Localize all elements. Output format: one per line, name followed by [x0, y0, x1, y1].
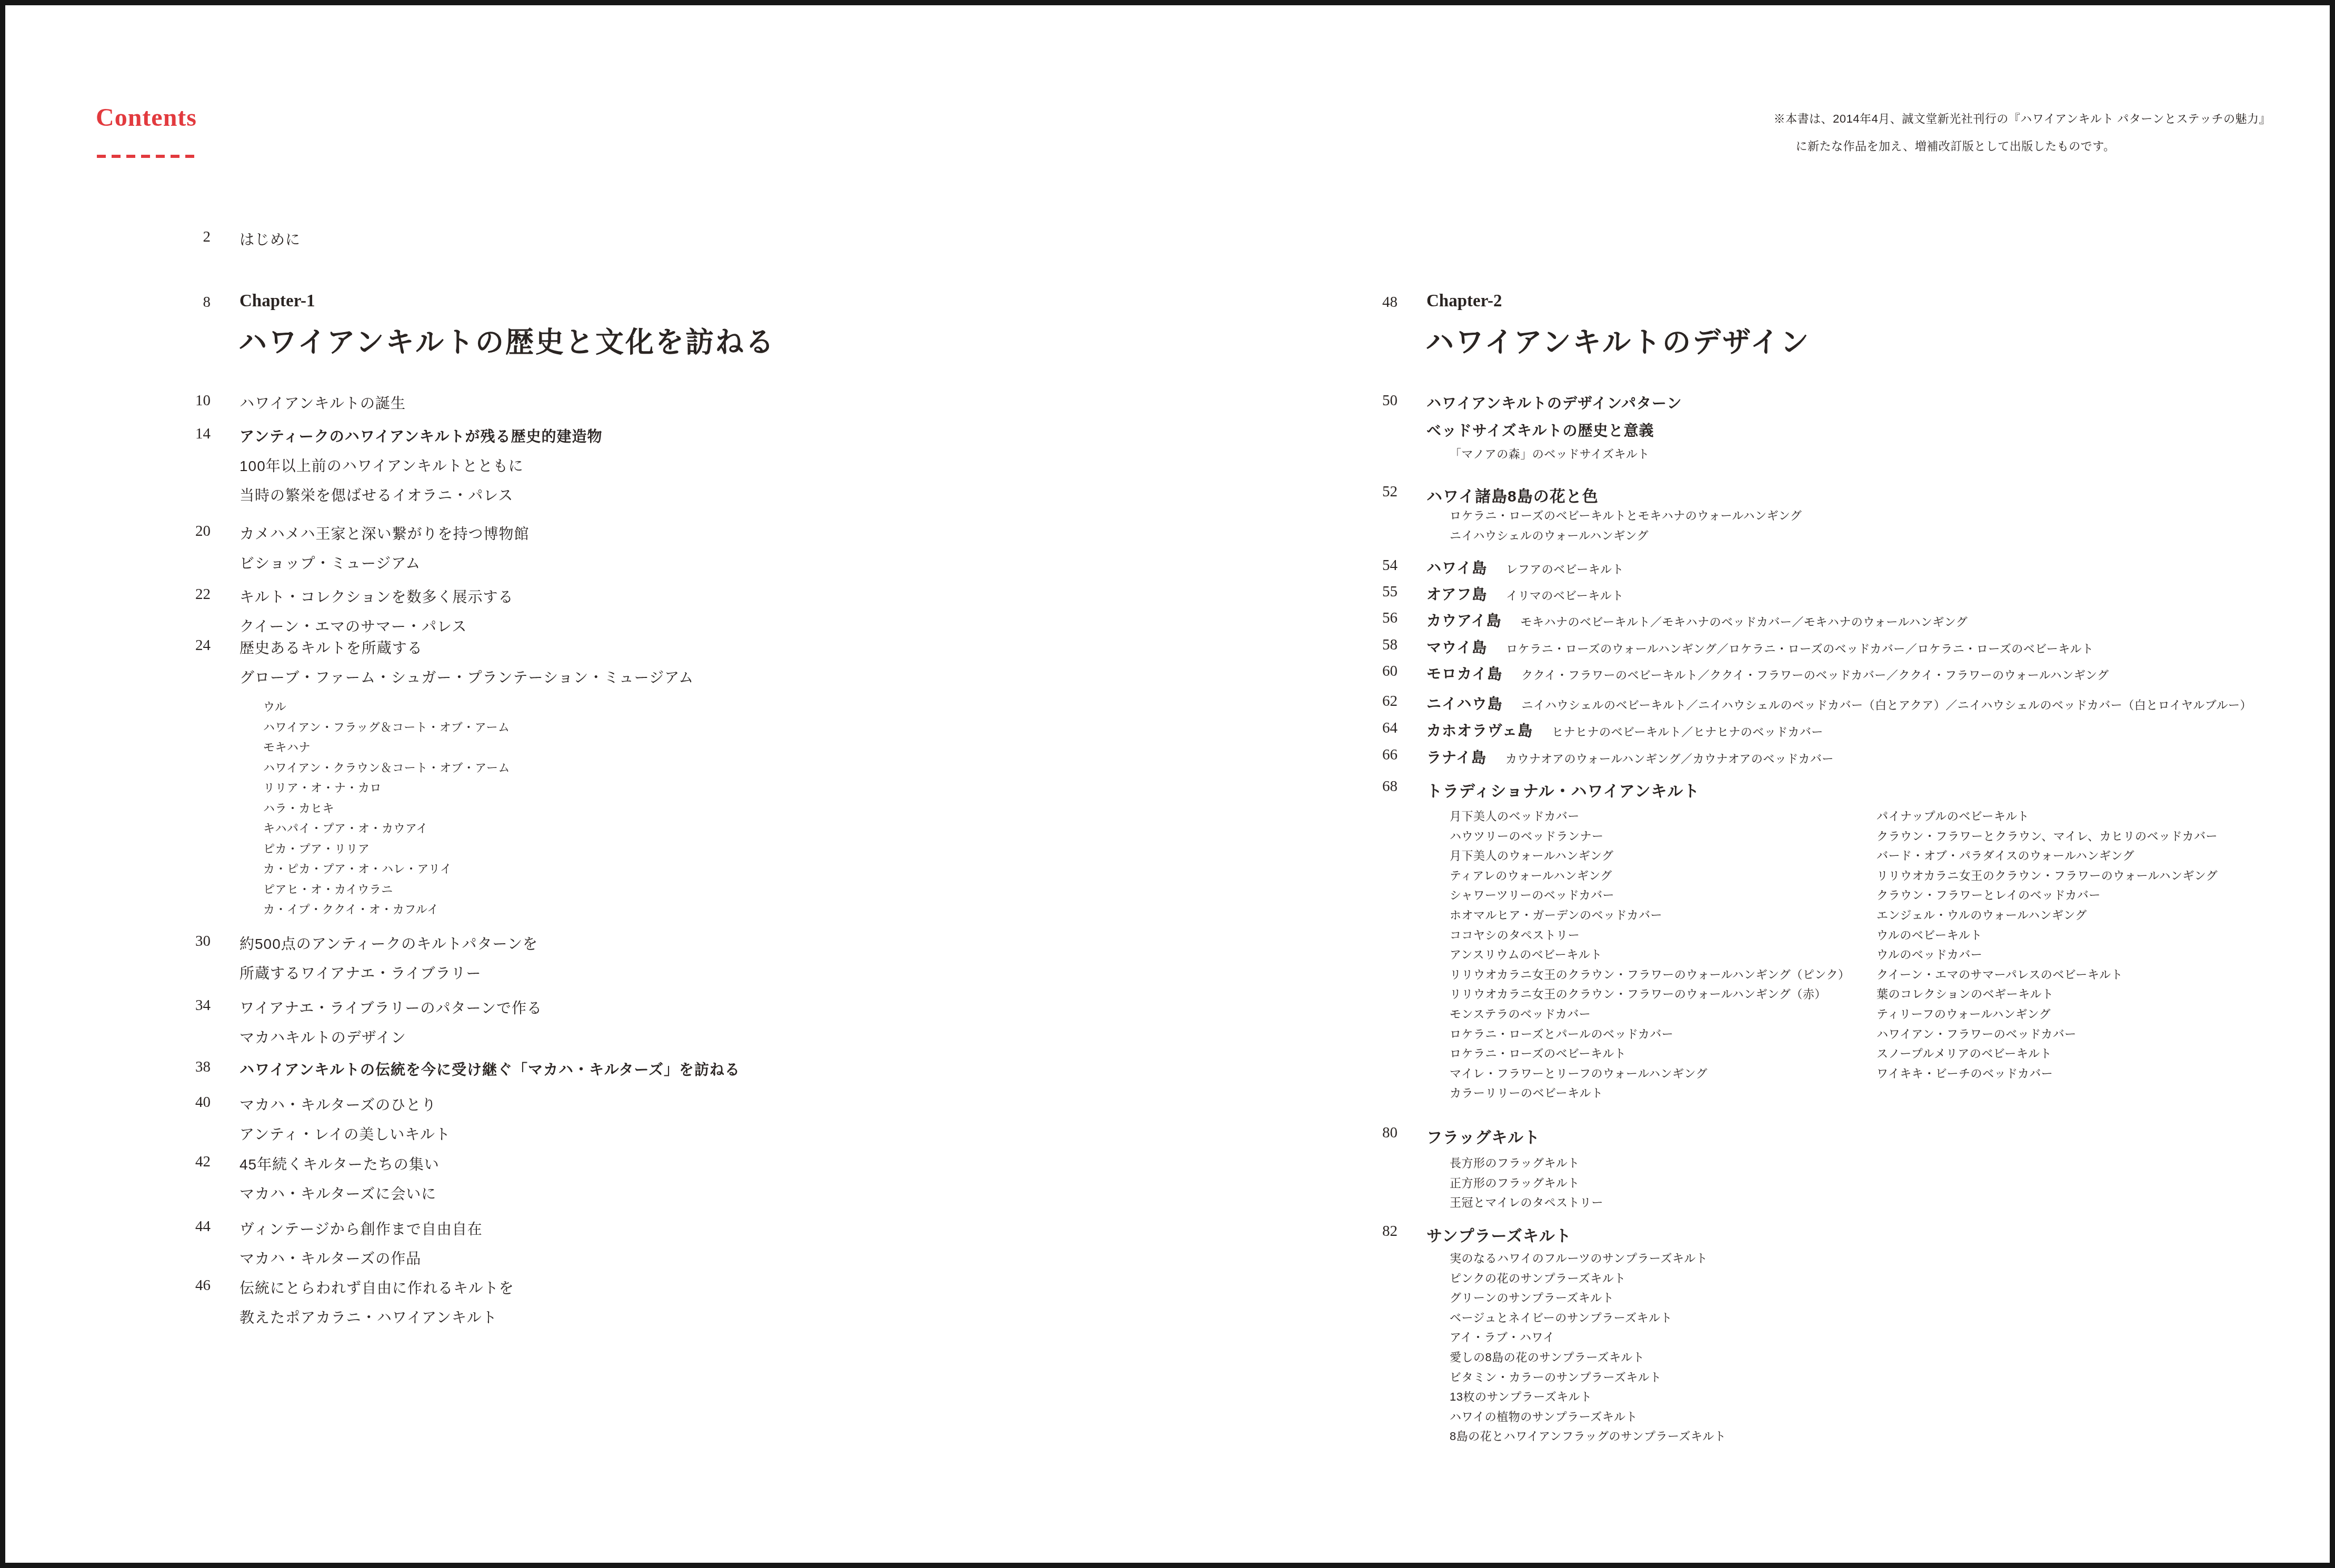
sub-item: ニイハウシェルのウォールハンギング: [1450, 527, 1649, 543]
sub-item: ピアヒ・オ・カイウラニ: [263, 881, 393, 897]
section-title: フラッグキルト: [1426, 1124, 1540, 1147]
toc-entry-line: ハワイアンキルトのデザインパターン: [1426, 392, 1682, 413]
toc-entry-line: マカハキルトのデザイン: [240, 1026, 406, 1047]
page-number: 60: [1362, 663, 1398, 680]
toc-entry-line: ハワイアンキルトの誕生: [240, 392, 406, 413]
sub-item: カ・ピカ・プア・オ・ハレ・アリイ: [263, 860, 452, 876]
sub-item: ハワイアン・フラッグ＆コート・オブ・アーム: [263, 718, 510, 735]
sub-item: 8島の花とハワイアンフラッグのサンプラーズキルト: [1450, 1427, 1726, 1444]
column-item: リリウオカラニ女王のクラウン・フラワーのウォールハンギング（赤）: [1450, 985, 1827, 1002]
page-number: 34: [175, 997, 211, 1014]
island-name: オアフ島: [1426, 586, 1487, 603]
island-name: ハワイ島: [1426, 560, 1487, 576]
island-row: カウアイ島モキハナのベビーキルト／モキハナのベッドカバー／モキハナのウォールハン…: [1426, 610, 1968, 631]
sub-item: ウル: [263, 698, 286, 714]
column-item: シャワーツリーのベッドカバー: [1450, 886, 1614, 903]
column-item: カラーリリーのベビーキルト: [1450, 1084, 1603, 1101]
island-name: ニイハウ島: [1426, 696, 1502, 712]
sub-item: アイ・ラブ・ハワイ: [1450, 1329, 1555, 1345]
column-item: ティリーフのウォールハンギング: [1877, 1005, 2051, 1022]
column-item: ウルのベビーキルト: [1877, 926, 1982, 943]
toc-entry-line: ヴィンテージから創作まで自由自在: [240, 1218, 483, 1239]
page-number: 2: [175, 228, 211, 246]
island-name: カホオラヴェ島: [1426, 723, 1533, 739]
column-item: ウルのベッドカバー: [1877, 946, 1982, 962]
page-number: 46: [175, 1277, 211, 1294]
sub-item: 「マノアの森」のベッドサイズキルト: [1450, 445, 1650, 462]
page-number: 54: [1362, 557, 1398, 574]
column-item: ハワイアン・フラワーのベッドカバー: [1877, 1025, 2077, 1042]
column-item: バード・オブ・パラダイスのウォールハンギング: [1877, 847, 2134, 863]
contents-underline-dashes: [97, 155, 200, 158]
page-number: 66: [1362, 746, 1398, 764]
toc-entry-line: グローブ・ファーム・シュガー・プランテーション・ミュージアム: [240, 666, 694, 687]
section-title: トラディショナル・ハワイアンキルト: [1426, 778, 1700, 801]
column-item: クラウン・フラワーとクラウン、マイレ、カヒリのベッドカバー: [1877, 827, 2218, 844]
page-number: 58: [1362, 636, 1398, 654]
column-item: モンステラのベッドカバー: [1450, 1005, 1591, 1022]
column-item: 月下美人のウォールハンギング: [1450, 847, 1613, 863]
toc-entry-line: アンティークのハワイアンキルトが残る歴史的建造物: [240, 425, 603, 446]
column-item: 月下美人のベッドカバー: [1450, 807, 1580, 824]
page-number: 14: [175, 425, 211, 443]
island-name: マウイ島: [1426, 640, 1487, 656]
toc-entry-line: ビショップ・ミュージアム: [240, 552, 421, 573]
sub-item: ベージュとネイビーのサンプラーズキルト: [1450, 1309, 1672, 1325]
page-number: 80: [1362, 1124, 1398, 1142]
column-item: ハウツリーのベッドランナー: [1450, 827, 1604, 844]
column-item: パイナップルのベビーキルト: [1877, 807, 2029, 824]
chapter-label: Chapter-2: [1426, 292, 1502, 311]
page-number: 68: [1362, 778, 1398, 795]
toc-entry-line: 伝統にとらわれず自由に作れるキルトを: [240, 1277, 514, 1298]
page-number: 42: [175, 1153, 211, 1171]
page-number: 20: [175, 523, 211, 540]
toc-entry-line: クイーン・エマのサマー・パレス: [240, 615, 467, 636]
edition-note-line: ※本書は、2014年4月、誠文堂新光社刊行の『ハワイアンキルト パターンとステッ…: [1774, 105, 2271, 133]
toc-entry-line: ハワイアンキルトの伝統を今に受け継ぐ「マカハ・キルターズ」を訪ねる: [240, 1058, 740, 1080]
edition-note-line: に新たな作品を加え、増補改訂版として出版したものです。: [1774, 133, 2271, 160]
sub-item: 13枚のサンプラーズキルト: [1450, 1388, 1592, 1404]
column-item: クイーン・エマのサマーパレスのベビーキルト: [1877, 966, 2123, 982]
toc-entry-line: ワイアナエ・ライブラリーのパターンで作る: [240, 997, 542, 1018]
toc-entry-line: 教えたポアカラニ・ハワイアンキルト: [240, 1306, 497, 1327]
chapter-label: Chapter-1: [240, 292, 315, 311]
toc-entry-line: アンティ・レイの美しいキルト: [240, 1123, 451, 1144]
column-item: ロケラニ・ローズのベビーキルト: [1450, 1045, 1626, 1061]
page-number: 50: [1362, 392, 1398, 410]
sub-item: ハワイの植物のサンプラーズキルト: [1450, 1408, 1638, 1424]
edition-note: ※本書は、2014年4月、誠文堂新光社刊行の『ハワイアンキルト パターンとステッ…: [1774, 105, 2271, 160]
toc-entry-line: 45年続くキルターたちの集い: [240, 1153, 440, 1174]
page-number: 55: [1362, 583, 1398, 601]
column-item: エンジェル・ウルのウォールハンギング: [1877, 906, 2087, 923]
toc-entry-line: 100年以上前のハワイアンキルトとともに: [240, 455, 524, 476]
chapter-title: ハワイアンキルトのデザイン: [1425, 320, 1810, 361]
island-row: モロカイ島ククイ・フラワーのベビーキルト／ククイ・フラワーのベッドカバー／ククイ…: [1426, 663, 2109, 684]
page-number: 38: [175, 1058, 211, 1076]
column-item: ティアレのウォールハンギング: [1450, 867, 1612, 883]
island-name: カウアイ島: [1426, 613, 1501, 629]
page-number: 82: [1362, 1223, 1398, 1240]
sub-item: ピカ・プア・リリア: [263, 840, 370, 856]
page-number: 48: [1362, 294, 1398, 311]
toc-entry-title: はじめに: [240, 228, 301, 249]
page-number: 44: [175, 1218, 211, 1235]
page-number: 30: [175, 933, 211, 950]
island-name: ラナイ島: [1426, 750, 1486, 766]
sub-item: ビタミン・カラーのサンプラーズキルト: [1450, 1369, 1662, 1385]
page-number: 56: [1362, 610, 1398, 627]
page-number: 8: [175, 294, 211, 311]
sub-item: 実のなるハワイのフルーツのサンプラーズキルト: [1450, 1250, 1708, 1266]
page-number: 52: [1362, 483, 1398, 501]
sub-item: キハパイ・プア・オ・カウアイ: [263, 820, 428, 836]
island-row: マウイ島ロケラニ・ローズのウォールハンギング／ロケラニ・ローズのベッドカバー／ロ…: [1426, 636, 2094, 657]
column-item: ロケラニ・ローズとパールのベッドカバー: [1450, 1025, 1673, 1042]
island-works: レフアのベビーキルト: [1506, 563, 1624, 576]
island-works: ロケラニ・ローズのウォールハンギング／ロケラニ・ローズのベッドカバー／ロケラニ・…: [1506, 642, 2093, 655]
sub-item: 正方形のフラッグキルト: [1450, 1174, 1580, 1191]
toc-entry-line: 約500点のアンティークのキルトパターンを: [240, 933, 538, 954]
chapter-title: ハワイアンキルトの歴史と文化を訪ねる: [238, 320, 775, 361]
contents-heading: Contents: [96, 103, 197, 132]
island-works: イリマのベビーキルト: [1506, 589, 1623, 602]
page-number: 40: [175, 1094, 211, 1111]
sub-item: リリア・オ・ナ・カロ: [263, 779, 382, 795]
toc-entry-line: ベッドサイズキルトの歴史と意義: [1426, 420, 1654, 441]
island-row: ニイハウ島ニイハウシェルのベビーキルト／ニイハウシェルのベッドカバー（白とアクア…: [1426, 693, 2252, 714]
sub-item: ピンクの花のサンプラーズキルト: [1450, 1270, 1626, 1286]
column-item: クラウン・フラワーとレイのベッドカバー: [1877, 886, 2101, 903]
toc-entry-line: 所蔵するワイアナエ・ライブラリー: [240, 962, 482, 983]
sub-item: モキハナ: [263, 738, 311, 755]
sub-item: グリーンのサンプラーズキルト: [1450, 1289, 1614, 1305]
column-item: リリウオカラニ女王のクラウン・フラワーのウォールハンギング: [1877, 867, 2218, 883]
page-number: 64: [1362, 720, 1398, 737]
sub-item: ハラ・カヒキ: [263, 800, 334, 816]
island-works: ニイハウシェルのベビーキルト／ニイハウシェルのベッドカバー（白とアクア）／ニイハ…: [1521, 698, 2252, 712]
island-row: ハワイ島レフアのベビーキルト: [1426, 557, 1624, 578]
sub-item: カ・イプ・ククイ・オ・カフルイ: [263, 901, 439, 917]
island-row: カホオラヴェ島ヒナヒナのベビーキルト／ヒナヒナのベッドカバー: [1426, 720, 1823, 741]
section-title: サンプラーズキルト: [1426, 1223, 1572, 1246]
sub-item: ロケラニ・ローズのベビーキルトとモキハナのウォールハンギング: [1450, 507, 1802, 523]
island-works: ヒナヒナのベビーキルト／ヒナヒナのベッドカバー: [1552, 725, 1823, 738]
toc-entry-line: マカハ・キルターズのひとり: [240, 1094, 436, 1115]
toc-entry-line: マカハ・キルターズの作品: [240, 1247, 421, 1269]
sub-item: 長方形のフラッグキルト: [1450, 1154, 1580, 1171]
page-number: 24: [175, 637, 211, 654]
island-works: ククイ・フラワーのベビーキルト／ククイ・フラワーのベッドカバー／ククイ・フラワー…: [1521, 668, 2109, 682]
island-works: カウナオアのウォールハンギング／カウナオアのベッドカバー: [1505, 752, 1834, 765]
book-toc-spread: Contents ※本書は、2014年4月、誠文堂新光社刊行の『ハワイアンキルト…: [0, 0, 2335, 1568]
sub-item: ハワイアン・クラウン＆コート・オブ・アーム: [263, 759, 510, 775]
page-number: 62: [1362, 693, 1398, 710]
section-title: ハワイ諸島8島の花と色: [1426, 483, 1599, 506]
page-number: 10: [175, 392, 211, 410]
toc-entry-line: キルト・コレクションを数多く展示する: [240, 586, 514, 607]
sub-item: 愛しの8島の花のサンプラーズキルト: [1450, 1349, 1644, 1365]
island-name: モロカイ島: [1426, 666, 1502, 682]
column-item: アンスリウムのベビーキルト: [1450, 946, 1602, 962]
page-number: 22: [175, 586, 211, 603]
island-works: モキハナのベビーキルト／モキハナのベッドカバー／モキハナのウォールハンギング: [1520, 615, 1968, 628]
island-row: ラナイ島カウナオアのウォールハンギング／カウナオアのベッドカバー: [1426, 746, 1834, 767]
column-item: ワイキキ・ビーチのベッドカバー: [1877, 1065, 2053, 1081]
column-item: ココヤシのタペストリー: [1450, 926, 1580, 943]
toc-entry-line: 当時の繁栄を偲ばせるイオラニ・パレス: [240, 484, 513, 505]
column-item: スノープルメリアのベビーキルト: [1877, 1045, 2052, 1061]
toc-entry-line: カメハメハ王家と深い繋がりを持つ博物館: [240, 523, 529, 544]
toc-entry-line: マカハ・キルターズに会いに: [240, 1183, 436, 1204]
column-item: リリウオカラニ女王のクラウン・フラワーのウォールハンギング（ピンク）: [1450, 966, 1850, 982]
column-item: ホオマルヒア・ガーデンのベッドカバー: [1450, 906, 1662, 923]
island-row: オアフ島イリマのベビーキルト: [1426, 583, 1624, 604]
column-item: マイレ・フラワーとリーフのウォールハンギング: [1450, 1065, 1708, 1081]
column-item: 葉のコレクションのベギーキルト: [1877, 985, 2053, 1002]
toc-entry-line: 歴史あるキルトを所蔵する: [240, 637, 423, 658]
sub-item: 王冠とマイレのタペストリー: [1450, 1194, 1603, 1210]
